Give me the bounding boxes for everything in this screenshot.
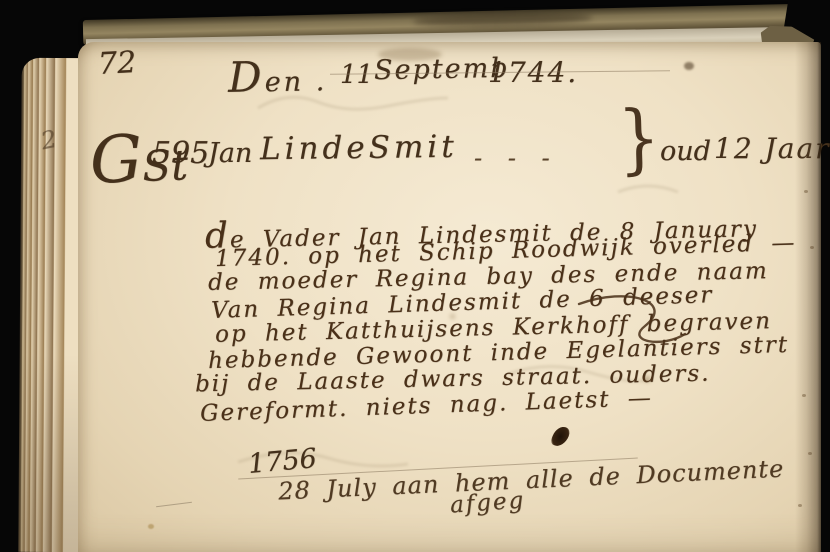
under-page-mark: 2 — [38, 125, 59, 156]
folio-number: 72 — [97, 45, 137, 82]
page-stack-fore-edge: 2 — [18, 58, 83, 552]
entry-age-label: oud — [660, 136, 711, 167]
fore-edge-shadow — [18, 354, 81, 552]
stain — [378, 48, 442, 61]
manuscript-photo: 2 72 Den . 11 Septemb 1744. GSt 595 Jan … — [0, 0, 830, 552]
stain — [450, 314, 455, 319]
heading-day-number: 11 — [340, 60, 373, 90]
entry-surname: LindeSmit — [260, 129, 458, 167]
stain — [148, 524, 154, 529]
pen-swash-icon — [573, 294, 691, 356]
entry-number: 595 — [152, 136, 209, 171]
stain — [644, 376, 651, 382]
page-edge-shadow — [795, 42, 821, 552]
cover-stain — [413, 12, 593, 28]
stain — [684, 62, 694, 70]
entry-first-name: Jan — [208, 138, 252, 169]
manuscript-page: 72 Den . 11 Septemb 1744. GSt 595 Jan Li… — [78, 42, 821, 552]
heading-day-word: Den . — [228, 51, 328, 102]
footer-note: afgeg — [449, 487, 526, 518]
brace-flourish-icon — [617, 93, 662, 183]
entry-separator-dashes: - - - — [474, 144, 559, 172]
